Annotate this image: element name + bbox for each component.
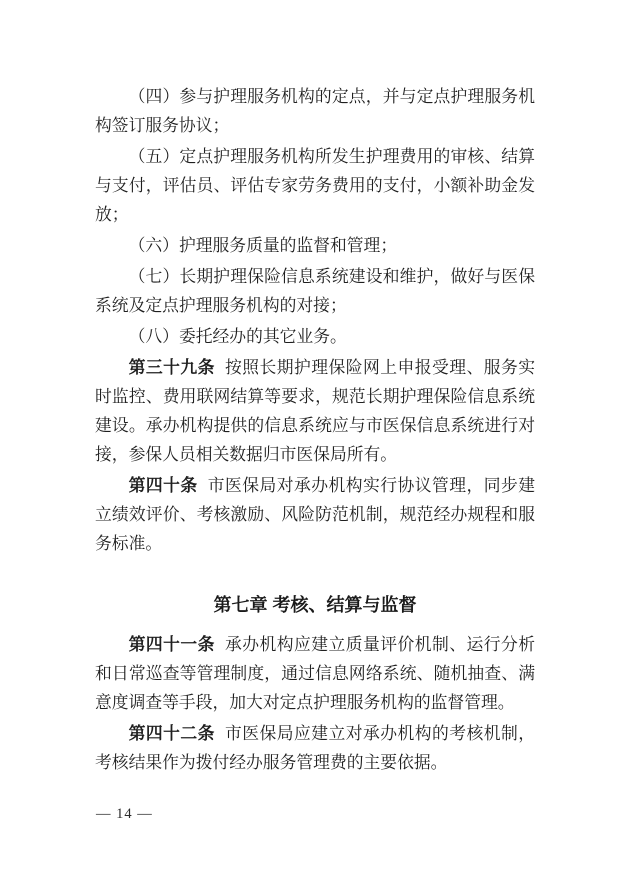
clause-item-6: （六）护理服务质量的监督和管理；	[95, 231, 535, 260]
clause-item-8: （八）委托经办的其它业务。	[95, 322, 535, 351]
page-number: — 14 —	[96, 804, 153, 824]
paragraph-text: （八）委托经办的其它业务。	[129, 327, 347, 346]
paragraph-text: （七）长期护理保险信息系统建设和维护，做好与医保系统及定点护理服务机构的对接；	[95, 267, 535, 315]
clause-item-5: （五）定点护理服务机构所发生护理费用的审核、结算与支付，评估员、评估专家劳务费用…	[95, 142, 535, 229]
article-number: 第四十一条	[129, 635, 215, 654]
clause-item-4: （四）参与护理服务机构的定点，并与定点护理服务机构签订服务协议；	[95, 82, 535, 140]
article-40: 第四十条市医保局对承办机构实行协议管理，同步建立绩效评价、考核激励、风险防范机制…	[95, 471, 535, 558]
document-body: （四）参与护理服务机构的定点，并与定点护理服务机构签订服务协议； （五）定点护理…	[95, 82, 535, 779]
article-number: 第三十九条	[129, 358, 215, 377]
document-page: （四）参与护理服务机构的定点，并与定点护理服务机构签订服务协议； （五）定点护理…	[0, 0, 628, 888]
article-number: 第四十二条	[129, 724, 215, 743]
article-42: 第四十二条市医保局应建立对承办机构的考核机制，考核结果作为拨付经办服务管理费的主…	[95, 719, 535, 777]
article-41: 第四十一条承办机构应建立质量评价机制、运行分析和日常巡查等管理制度，通过信息网络…	[95, 630, 535, 717]
article-number: 第四十条	[129, 476, 198, 495]
chapter-heading: 第七章 考核、结算与监督	[95, 590, 535, 620]
paragraph-text: （五）定点护理服务机构所发生护理费用的审核、结算与支付，评估员、评估专家劳务费用…	[95, 147, 535, 224]
paragraph-text: （四）参与护理服务机构的定点，并与定点护理服务机构签订服务协议；	[95, 87, 535, 135]
article-39: 第三十九条按照长期护理保险网上申报受理、服务实时监控、费用联网结算等要求，规范长…	[95, 353, 535, 469]
paragraph-text: （六）护理服务质量的监督和管理；	[129, 236, 398, 255]
clause-item-7: （七）长期护理保险信息系统建设和维护，做好与医保系统及定点护理服务机构的对接；	[95, 262, 535, 320]
